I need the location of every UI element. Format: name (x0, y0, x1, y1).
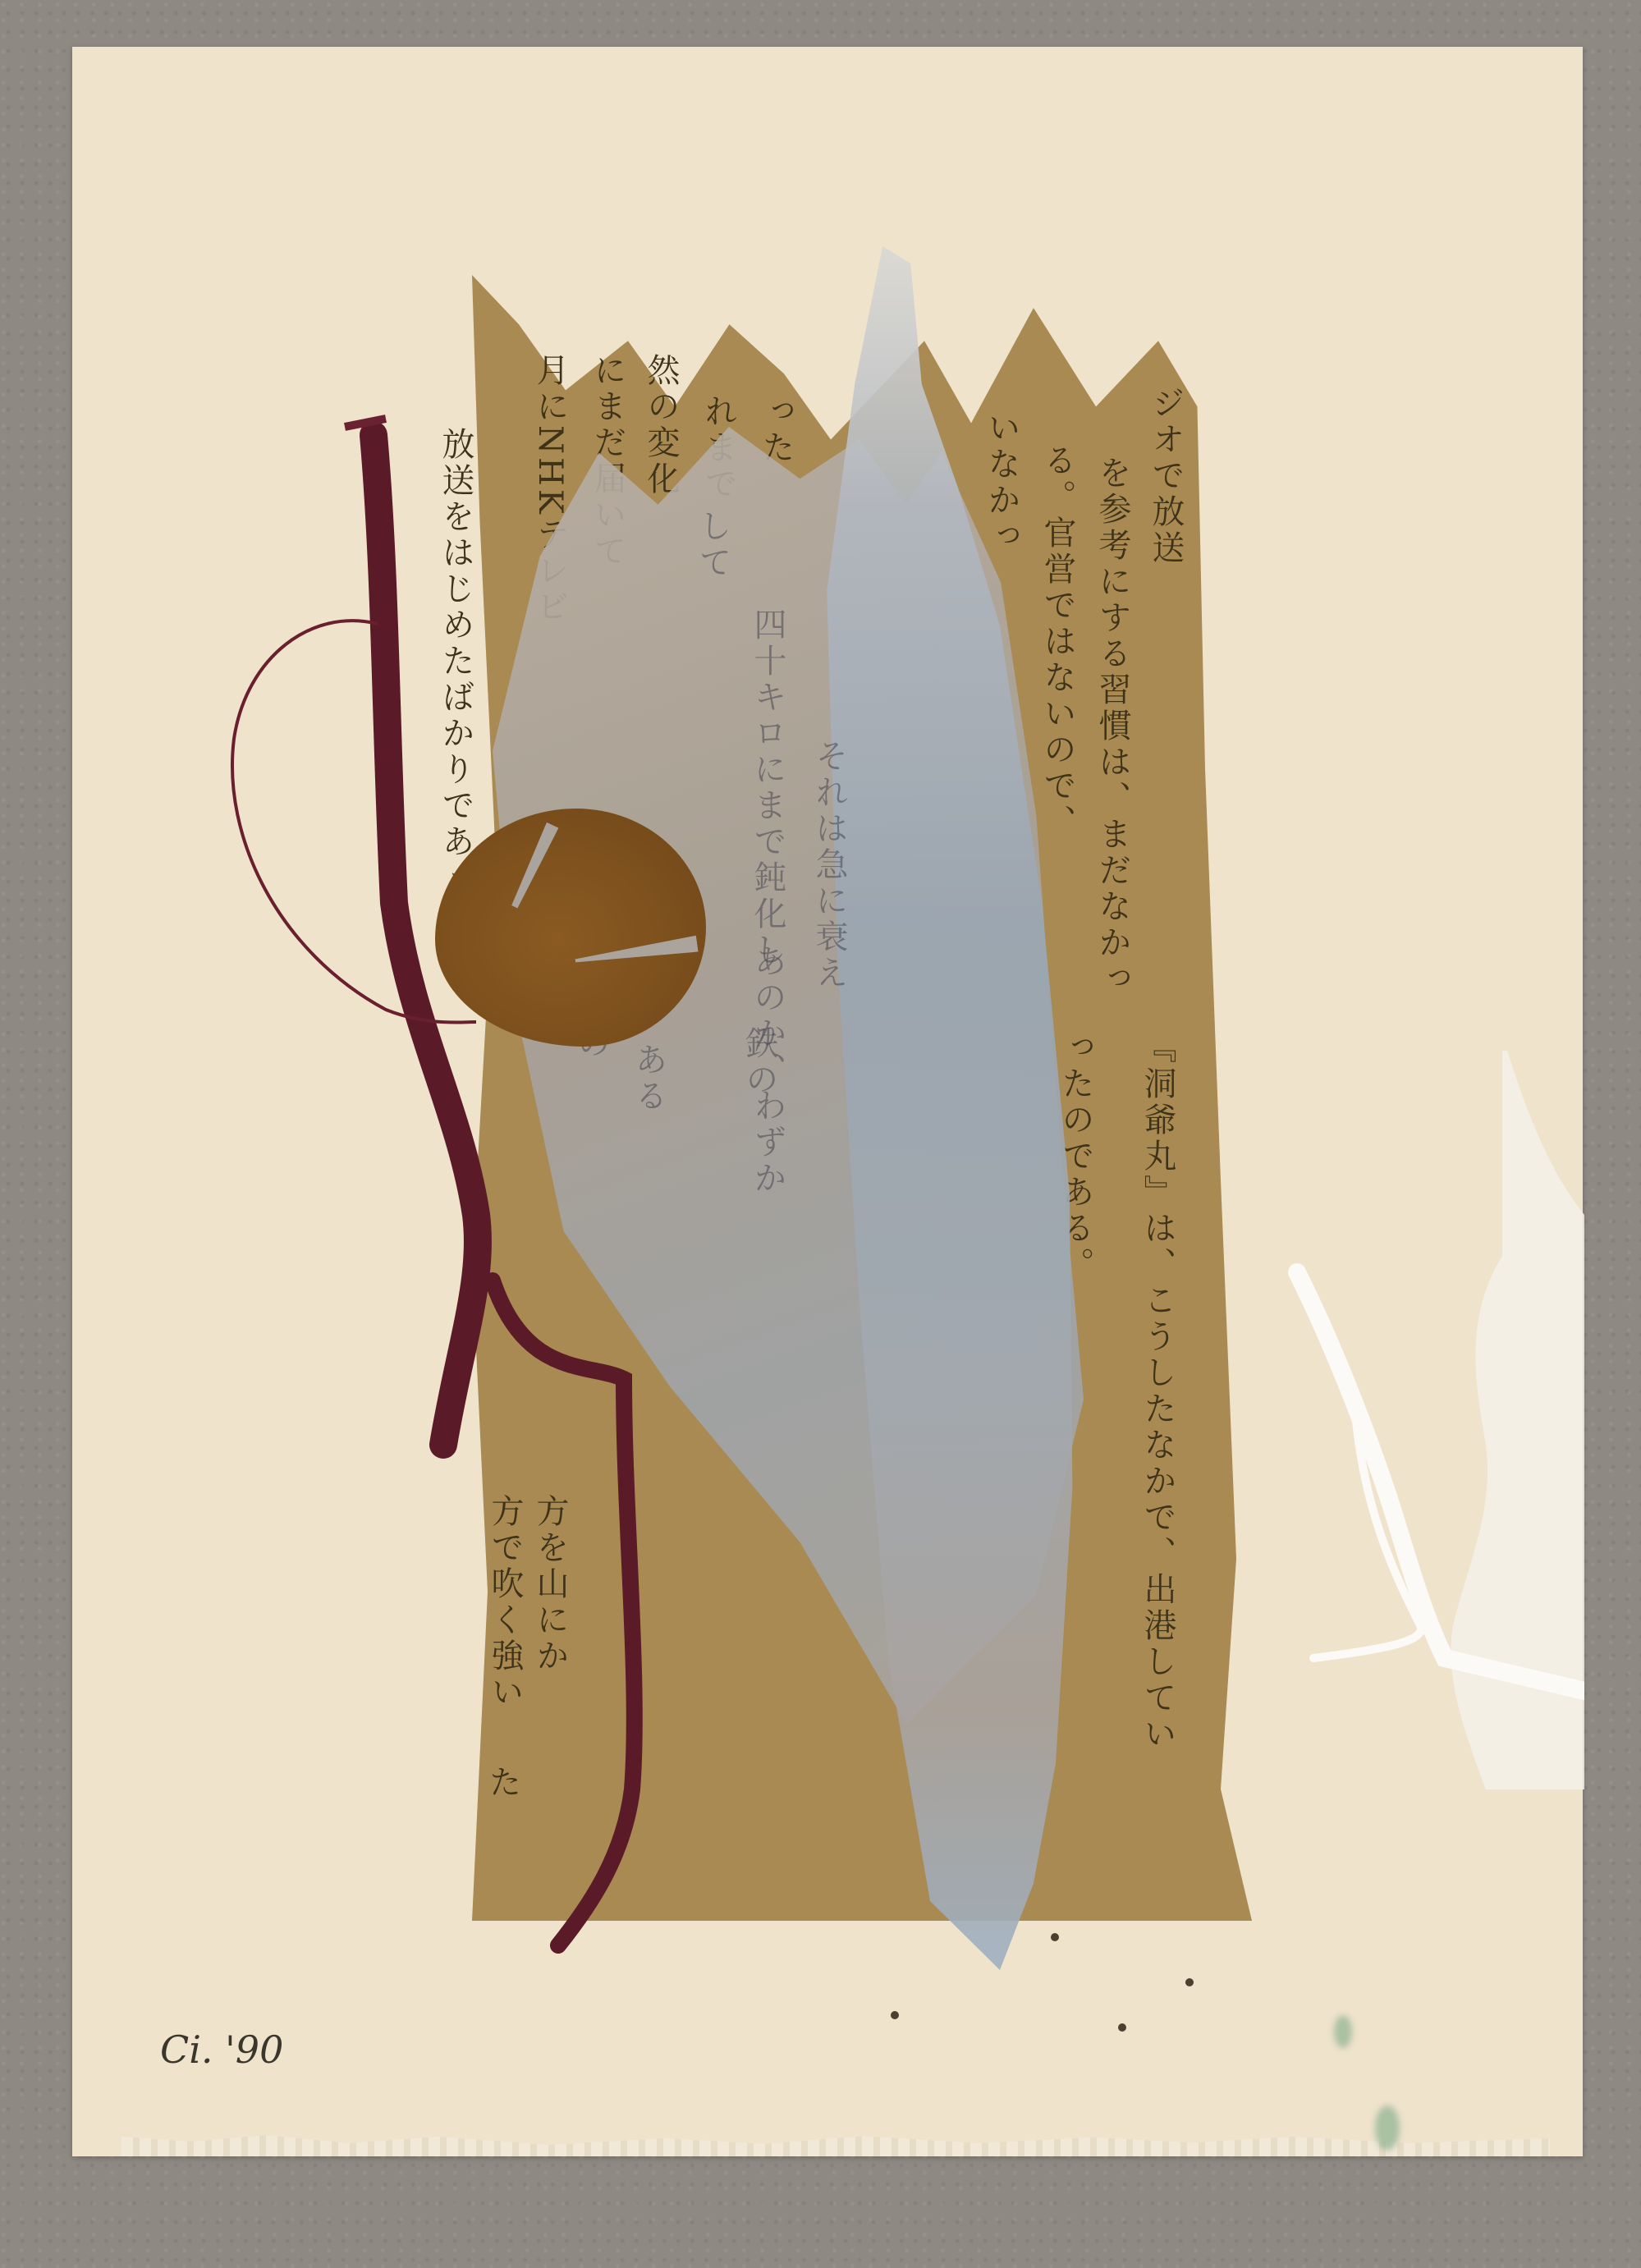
ink-speck (891, 2011, 899, 2019)
ink-speck (1051, 1933, 1059, 1941)
green-smudge (1375, 2105, 1400, 2151)
white-fiber-paper (1281, 1051, 1584, 1789)
ink-speck (1118, 2023, 1126, 2032)
green-smudge (1334, 2015, 1352, 2048)
artist-signature: Ci. '90 (160, 2027, 283, 2072)
ink-speck (1185, 1978, 1194, 1986)
